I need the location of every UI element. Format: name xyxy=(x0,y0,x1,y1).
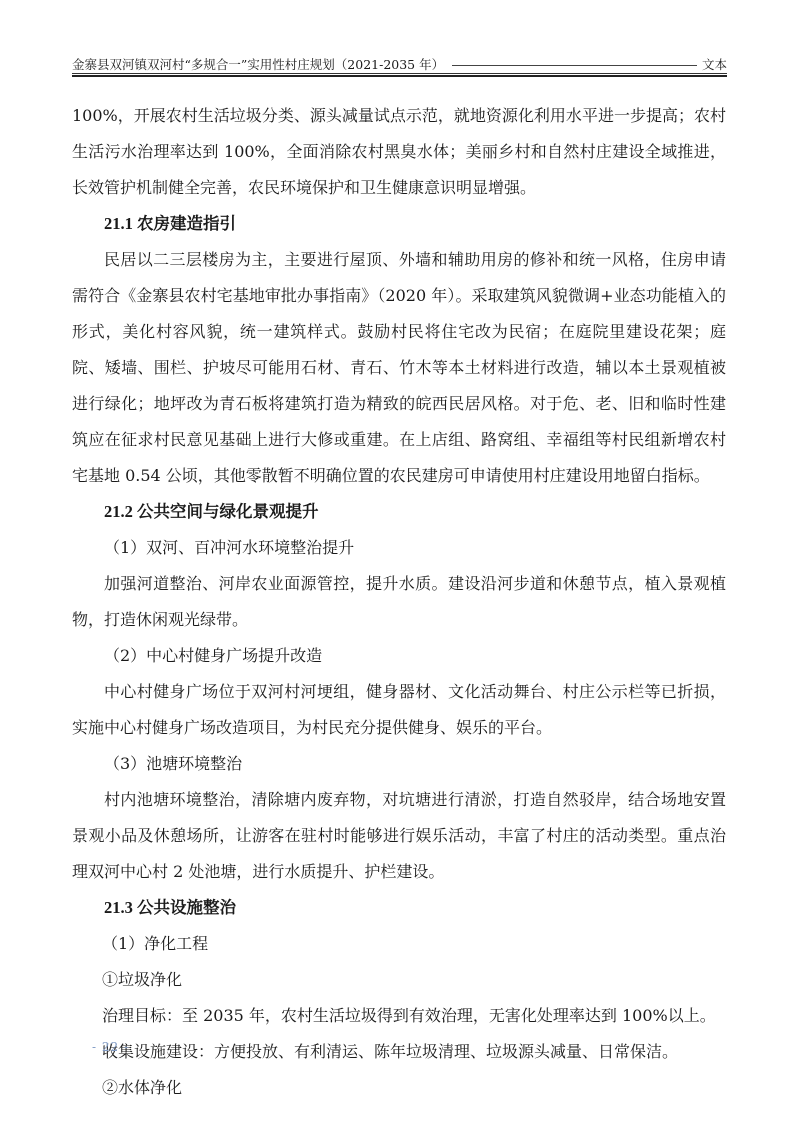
section-heading-21-2: 21.2 公共空间与绿化景观提升 xyxy=(72,494,726,530)
paragraph-21-2-3: 村内池塘环境整治，清除塘内废弃物，对坑塘进行清淤，打造自然驳岸，结合场地安置景观… xyxy=(72,782,726,890)
continued-paragraph: 100%，开展农村生活垃圾分类、源头减量试点示范，就地资源化利用水平进一步提高；… xyxy=(72,98,726,206)
item-water-purification: ②水体净化 xyxy=(72,1070,726,1106)
subheading-21-2-1: （1）双河、百冲河水环境整治提升 xyxy=(72,530,726,566)
section-heading-21-1: 21.1 农房建造指引 xyxy=(72,206,726,242)
paragraph-21-2-1: 加强河道整治、河岸农业面源管控，提升水质。建设沿河步道和休憩节点，植入景观植物，… xyxy=(72,566,726,638)
header-suffix: 文本 xyxy=(701,58,727,72)
page-number: - 22 - xyxy=(92,1040,129,1054)
header-dash-line xyxy=(452,65,697,66)
subheading-21-3-1: （1）净化工程 xyxy=(72,926,726,962)
item-garbage-purification: ①垃圾净化 xyxy=(72,962,726,998)
facility-construction: 收集设施建设：方便投放、有利清运、陈年垃圾清理、垃圾源头减量、日常保洁。 xyxy=(72,1034,726,1070)
subheading-21-2-2: （2）中心村健身广场提升改造 xyxy=(72,638,726,674)
running-header: 金寨县双河镇双河村“多规合一”实用性村庄规划（2021-2035 年） 文本 xyxy=(72,58,727,74)
paragraph-21-2-2: 中心村健身广场位于双河村河埂组，健身器材、文化活动舞台、村庄公示栏等已折损，实施… xyxy=(72,674,726,746)
section-heading-21-3: 21.3 公共设施整治 xyxy=(72,890,726,926)
subheading-21-2-3: （3）池塘环境整治 xyxy=(72,746,726,782)
header-rule-thick xyxy=(72,75,727,77)
document-body: 100%，开展农村生活垃圾分类、源头减量试点示范，就地资源化利用水平进一步提高；… xyxy=(72,98,726,1106)
header-title: 金寨县双河镇双河村“多规合一”实用性村庄规划（2021-2035 年） xyxy=(72,58,446,72)
header-rule xyxy=(72,73,727,74)
paragraph-21-1: 民居以二三层楼房为主，主要进行屋顶、外墙和辅助用房的修补和统一风格，住房申请需符… xyxy=(72,242,726,494)
governance-target: 治理目标：至 2035 年，农村生活垃圾得到有效治理，无害化处理率达到 100%… xyxy=(72,998,726,1034)
